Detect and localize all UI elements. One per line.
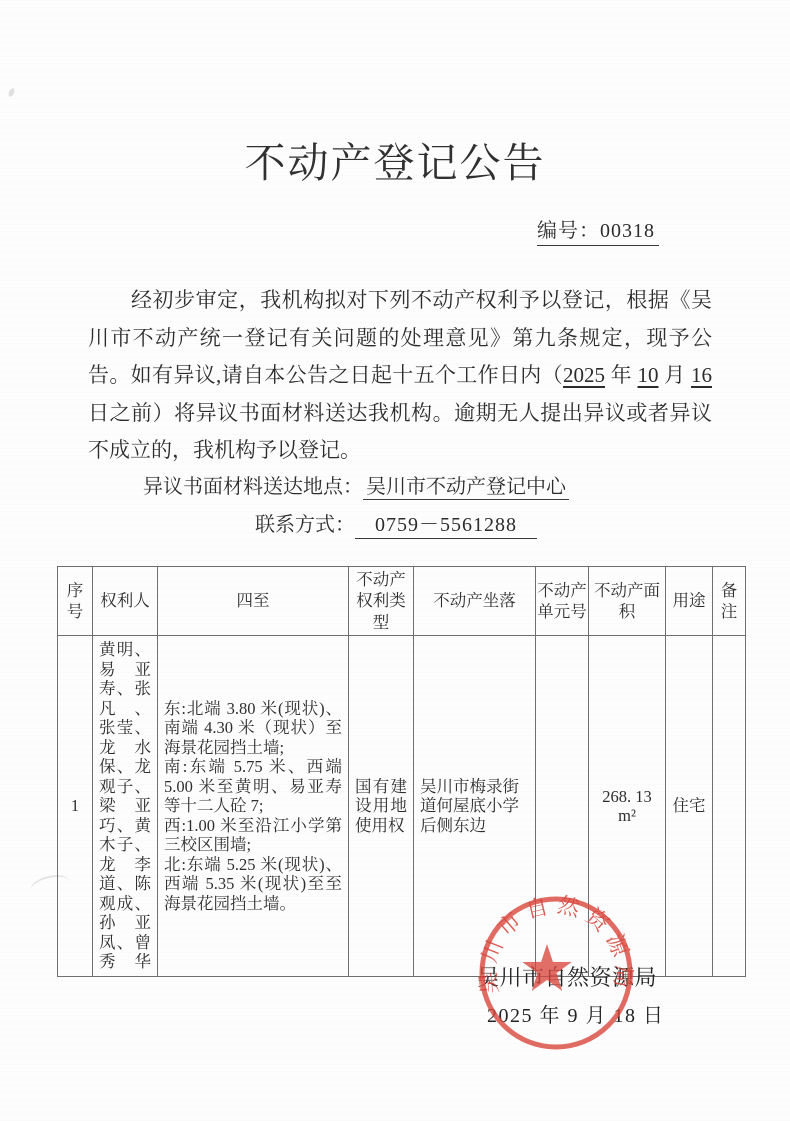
table-header-row: 序号 权利人 四至 不动产权利类型 不动产坐落 不动产单元号 不动产面积 用途 …	[58, 567, 746, 636]
objection-address-line: 异议书面材料送达地点：吴川市不动产登记中心	[143, 470, 569, 499]
col-header-location: 不动产坐落	[414, 567, 536, 636]
cell-right-type: 国有建设用地使用权	[349, 636, 414, 977]
col-header-holders: 权利人	[93, 567, 158, 636]
cell-seq: 1	[58, 636, 93, 977]
col-header-boundaries: 四至	[158, 567, 349, 636]
boundary-west: 西:1.00 米至沿江小学第三校区围墙;	[164, 816, 342, 855]
cell-remark	[713, 636, 746, 977]
table-row: 1 黄明、易亚寿、张凡 、张莹、龙水保、龙观子、梁亚巧、黄木子、龙李道、陈观成、…	[58, 636, 746, 977]
contact-phone: 0759－5561288	[355, 508, 537, 539]
col-header-seq: 序号	[58, 567, 93, 636]
issuer-name: 吴川市自然资源局	[477, 961, 657, 992]
year-unit: 年	[605, 363, 638, 387]
cell-area: 268. 13 m²	[589, 636, 666, 977]
col-header-right-type: 不动产权利类型	[349, 567, 414, 636]
col-header-area: 不动产面积	[589, 567, 666, 636]
paragraph-text-2: 日之前）将异议书面材料送达我机构。逾期无人提出异议或者异议不成立的，我机构予以登…	[88, 401, 712, 463]
announcement-paragraph: 经初步审定，我机构拟对下列不动产权利予以登记，根据《吴川市不动产统一登记有关问题…	[88, 282, 712, 470]
col-header-remark: 备注	[713, 567, 746, 636]
contact-line: 联系方式：0759－5561288	[255, 508, 537, 539]
cell-location: 吴川市梅录街道何屋底小学后侧东边	[414, 636, 536, 977]
cell-holders: 黄明、易亚寿、张凡 、张莹、龙水保、龙观子、梁亚巧、黄木子、龙李道、陈观成、孙亚…	[93, 636, 158, 977]
deadline-day: 16	[691, 363, 712, 387]
boundary-east: 东:北端 3.80 米(现状)、南端 4.30 米（现状）至海景花园挡土墙;	[164, 699, 342, 758]
cell-unit-no	[536, 636, 589, 977]
month-unit: 月	[659, 363, 692, 387]
page-title: 不动产登记公告	[0, 130, 790, 189]
address-value: 吴川市不动产登记中心	[363, 476, 569, 500]
col-header-unit-no: 不动产单元号	[536, 567, 589, 636]
boundary-north: 北:东端 5.25 米(现状)、西端 5.35 米(现状)至至海景花园挡土墙。	[164, 855, 342, 914]
cell-boundaries: 东:北端 3.80 米(现状)、南端 4.30 米（现状）至海景花园挡土墙; 南…	[158, 636, 349, 977]
scan-artifact-speck	[7, 87, 15, 97]
deadline-month: 10	[638, 363, 659, 387]
address-label: 异议书面材料送达地点：	[143, 476, 363, 498]
contact-label: 联系方式：	[255, 514, 355, 536]
cell-usage: 住宅	[666, 636, 713, 977]
boundary-south: 南:东端 5.75 米、西端 5.00 米至黄明、易亚寿等十二人砼 7;	[164, 757, 342, 816]
property-table: 序号 权利人 四至 不动产权利类型 不动产坐落 不动产单元号 不动产面积 用途 …	[57, 566, 746, 977]
col-header-usage: 用途	[666, 567, 713, 636]
document-page: 不动产登记公告 编号：00318 经初步审定，我机构拟对下列不动产权利予以登记，…	[0, 0, 790, 1121]
issue-date: 2025 年 9 月 18 日	[487, 999, 665, 1028]
deadline-year: 2025	[563, 363, 605, 387]
doc-number: 编号：00318	[537, 214, 659, 246]
